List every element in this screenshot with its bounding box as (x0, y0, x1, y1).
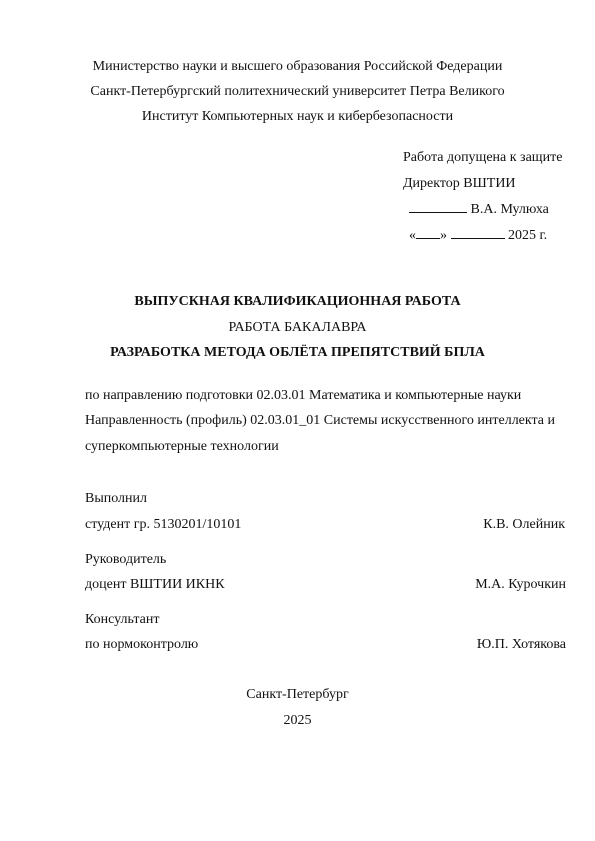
month-blank (451, 226, 505, 239)
signature-blank (409, 200, 467, 213)
performer-detail: студент гр. 5130201/10101 (85, 516, 241, 534)
supervisor-role: Руководитель (85, 551, 166, 569)
director-signature-line: В.А. Мулюха (409, 200, 549, 219)
quote-open: « (409, 228, 416, 243)
institute-line: Институт Компьютерных наук и кибербезопа… (0, 108, 595, 126)
footer-year: 2025 (0, 712, 595, 730)
director-position: Директор ВШТИИ (403, 175, 516, 193)
admitted-line: Работа допущена к защите (403, 149, 562, 167)
approval-date-line: «» 2025 г. (409, 226, 547, 245)
consultant-name: Ю.П. Хотякова (477, 636, 566, 654)
direction-line-2: Направленность (профиль) 02.03.01_01 Сис… (85, 412, 555, 430)
direction-line-3: суперкомпьютерные технологии (85, 438, 279, 456)
direction-line-1: по направлению подготовки 02.03.01 Матем… (85, 387, 521, 405)
consultant-detail: по нормоконтролю (85, 636, 198, 654)
supervisor-name: М.А. Курочкин (475, 576, 566, 594)
approval-year: 2025 г. (508, 228, 547, 243)
quote-close: » (440, 228, 447, 243)
ministry-line: Министерство науки и высшего образования… (0, 58, 595, 76)
thesis-topic: РАЗРАБОТКА МЕТОДА ОБЛЁТА ПРЕПЯТСТВИЙ БПЛ… (0, 344, 595, 362)
degree: РАБОТА БАКАЛАВРА (0, 319, 595, 337)
supervisor-detail: доцент ВШТИИ ИКНК (85, 576, 225, 594)
day-blank (416, 226, 440, 239)
director-name: В.А. Мулюха (471, 202, 549, 217)
university-line: Санкт-Петербургский политехнический унив… (0, 83, 595, 101)
work-type: ВЫПУСКНАЯ КВАЛИФИКАЦИОННАЯ РАБОТА (0, 293, 595, 311)
performer-name: К.В. Олейник (483, 516, 565, 534)
performer-role: Выполнил (85, 490, 147, 508)
consultant-role: Консультант (85, 611, 160, 629)
footer-city: Санкт-Петербург (0, 686, 595, 704)
